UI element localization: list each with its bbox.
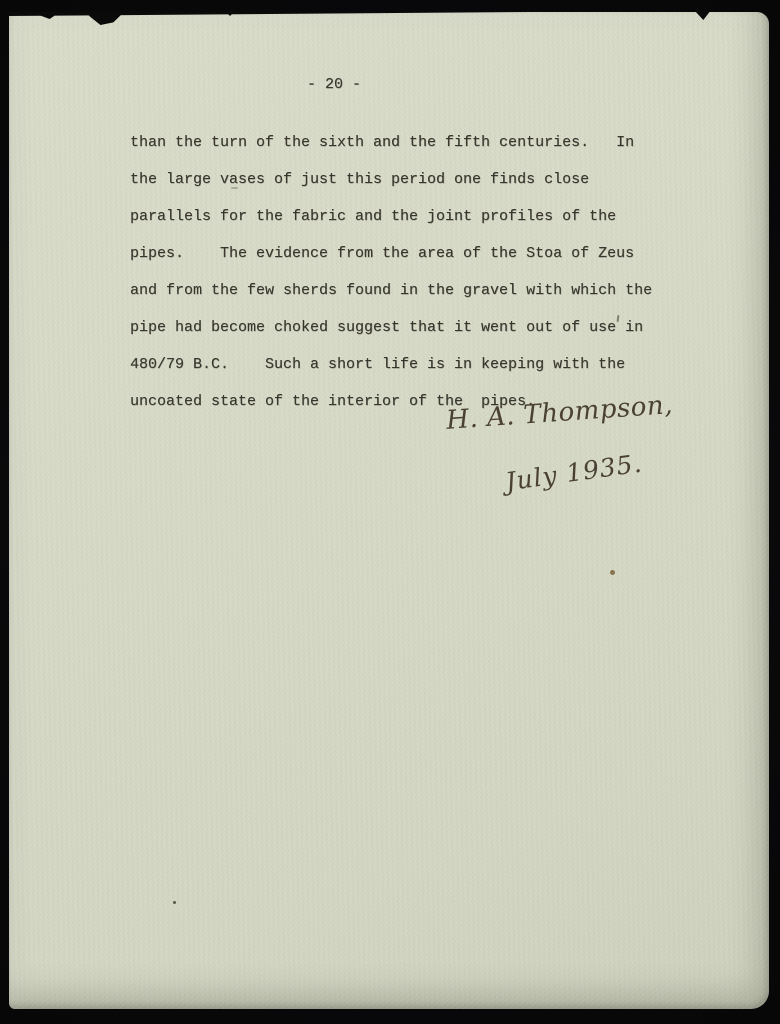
paper-blemish — [231, 187, 238, 189]
text-line: the large vases of just this period one … — [130, 161, 652, 198]
scanned-document: - 20 - than the turn of the sixth and th… — [0, 0, 780, 1024]
page-number: - 20 - — [307, 76, 361, 93]
text-line: parallels for the fabric and the joint p… — [130, 198, 652, 235]
text-line: pipe had become choked suggest that it w… — [130, 309, 652, 346]
text-line: than the turn of the sixth and the fifth… — [130, 124, 652, 161]
ink-speck — [610, 570, 615, 575]
text-line: pipes. The evidence from the area of the… — [130, 235, 652, 272]
text-line: 480/79 B.C. Such a short life is in keep… — [130, 346, 652, 383]
typewritten-paragraph: than the turn of the sixth and the fifth… — [130, 124, 652, 420]
text-line: and from the few sherds found in the gra… — [130, 272, 652, 309]
ink-speck — [173, 901, 176, 904]
